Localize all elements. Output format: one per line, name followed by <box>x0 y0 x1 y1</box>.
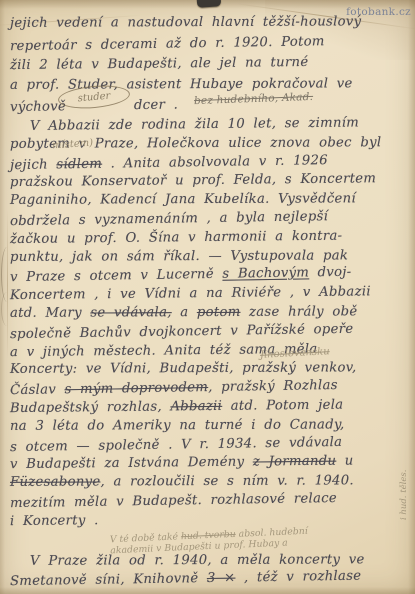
handwritten-segment: potom <box>197 305 241 320</box>
handwritten-line: žili 2 léta v Budapešti, ale jel na turn… <box>10 52 409 77</box>
handwritten-segment: se vdávala, <box>90 305 171 320</box>
handwritten-segment: žili 2 léta v Budapešti, ale jel na turn… <box>10 55 309 73</box>
handwritten-segment: i Koncerty . <box>10 513 99 529</box>
handwritten-segment: Budapeštský rozhlas, <box>10 399 171 416</box>
handwritten-segment: atd. Potom jela <box>222 398 343 414</box>
handwritten-segment: Čáslav <box>10 382 65 398</box>
handwritten-segment: s mým doprovodem <box>64 380 208 397</box>
manuscript-page: fotobank.cz jejich vedení a nastudoval h… <box>0 0 415 594</box>
handwritten-segment: Smetanově síni, Knihovně <box>10 571 207 589</box>
handwritten-segment: atd. Mary <box>10 305 90 320</box>
handwritten-segment: V Abbazii zde rodina žila 10 let, se zim… <box>30 115 359 133</box>
handwritten-segment: Füzesabonye <box>10 475 101 490</box>
handwritten-segment: obdržela s vyznamenáním , a byla nejlepš… <box>10 209 328 229</box>
handwritten-segment: s Bachovým <box>222 266 309 282</box>
handwritten-segment: a <box>172 305 197 320</box>
handwritten-segment: , pražský Rozhlas <box>208 378 338 395</box>
handwritten-segment: s otcem — společně . V r. 1934. se vdáva… <box>10 434 343 454</box>
handwritten-line: Budapeštský rozhlas, Abbazii atd. Potom … <box>10 396 409 419</box>
handwritten-segment: Abbazii <box>170 399 222 415</box>
handwritten-segment: mezitím měla v Budapešt. rozhlasové rela… <box>10 491 337 511</box>
vertical-margin-note: i hud. těles. <box>399 470 409 520</box>
handwritten-segment: . Anita absolvovala v r. 1926 <box>102 153 328 172</box>
handwritten-segment: 3 × <box>207 571 236 586</box>
handwritten-segment: sídlem <box>56 156 102 172</box>
handwritten-segment: jejich <box>10 157 57 173</box>
handwritten-line: i Koncerty . <box>10 509 409 532</box>
handwritten-segment: Paganiniho, Kadencí Jana Kubelíka. Vysvě… <box>10 192 356 209</box>
handwritten-segment: V Praze žila od r. 1940, a měla koncerty… <box>30 552 365 568</box>
handwritten-segment: , též v rozhlase <box>235 569 361 586</box>
handwritten-segment: z Jormandu <box>253 454 337 470</box>
handwritten-line: žačkou u prof. O. Šína v harmonii a kont… <box>10 227 409 250</box>
clip-mark <box>197 0 222 8</box>
handwritten-segment: Koncerty: ve Vídni, Budapešti, pražský v… <box>10 361 357 378</box>
handwritten-segment: žačkou u prof. O. Šína v harmonii a kont… <box>10 228 343 246</box>
handwritten-segment: společně Bachův dvojkoncert v Pařížské o… <box>10 321 354 341</box>
circled-word: studer <box>77 90 111 104</box>
handwritten-segment: Koncertem , i ve Vídni a na Riviéře , v … <box>10 284 371 303</box>
handwritten-segment: jejich vedení a nastudoval hlavní těžší-… <box>10 14 361 31</box>
handwritten-segment: v Budapešti za Istvána Demény <box>10 455 253 473</box>
margin-bracket <box>1 292 13 326</box>
handwritten-segment: a prof. Studer, asistent Hubaye pokračov… <box>10 76 353 92</box>
handwritten-segment: zase hrály obě <box>240 304 357 320</box>
handwritten-segment: dvoj- <box>309 265 352 281</box>
handwritten-segment: pražskou Konservatoř u prof. Felda, s Ko… <box>10 172 376 191</box>
handwritten-segment: na 3 léta do Ameriky na turné i do Canad… <box>10 417 344 433</box>
handwritten-segment: , a rozloučili se s ním v. r. 1940. <box>100 473 353 489</box>
handwritten-segment: punktu, jak on sám říkal. — Vystupovala … <box>10 248 348 264</box>
handwritten-segment: v Praze s otcem v Lucerně <box>10 267 223 285</box>
handwritten-segment: repertoár s dcerami až do r. 1920. Potom <box>10 34 325 54</box>
handwritten-segment: u <box>336 454 353 469</box>
